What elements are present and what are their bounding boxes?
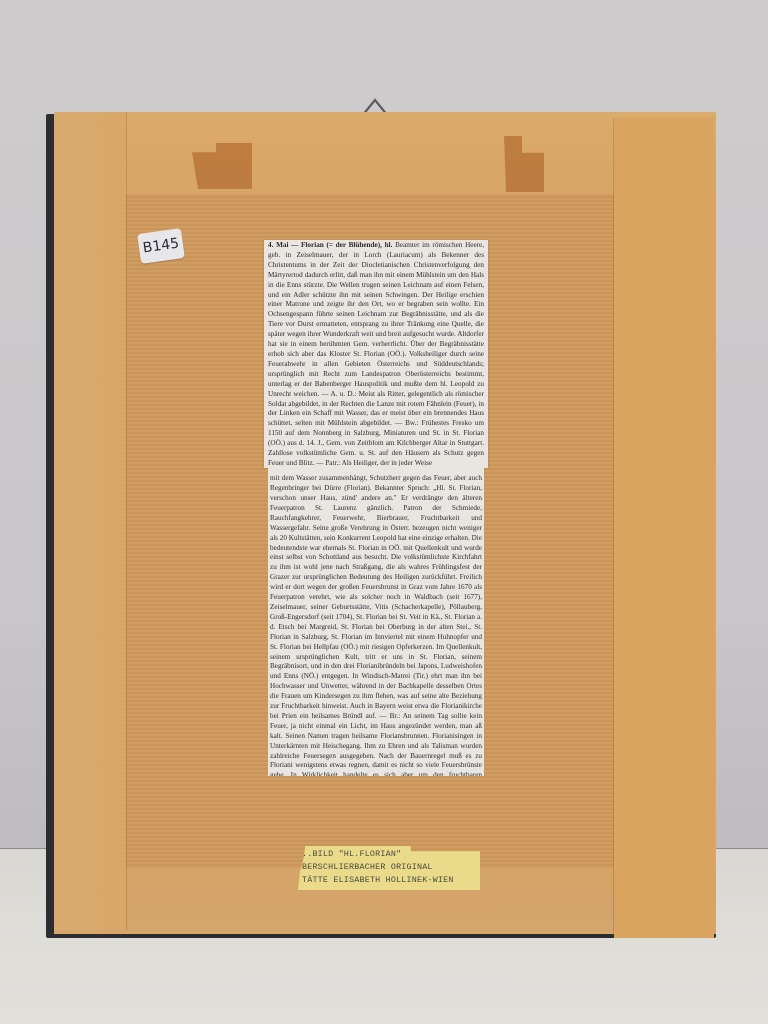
clipping-text-part2: mit dem Wasser zusammenhängt, Schutzherr… [270,474,482,776]
inventory-label: B145 [137,228,185,264]
tape-strip-right [614,118,714,938]
sticker-line-3: TÄTTE ELISABETH HOLLINEK-WIEN [302,874,480,887]
clipping-column-top: 4. Mai — Florian (= der Blühende), hl. B… [264,240,488,468]
tape-strip-left [54,112,126,930]
clipping-heading: 4. Mai — Florian (= der Blühende), hl. [268,241,392,249]
inventory-label-text: B145 [142,236,180,257]
sticker-line-2: BERSCHLIERBACHER ORIGINAL [302,861,480,874]
newspaper-clipping: 4. Mai — Florian (= der Blühende), hl. B… [264,240,488,468]
clipping-column-bottom: mit dem Wasser zusammenhängt, Schutzherr… [268,466,484,776]
clipping-text-part1: Beamter im römischen Heere, geb. in Zeis… [268,241,484,467]
typewritten-sticker: ..BILD "HL.FLORIAN" BERSCHLIERBACHER ORI… [298,846,480,890]
